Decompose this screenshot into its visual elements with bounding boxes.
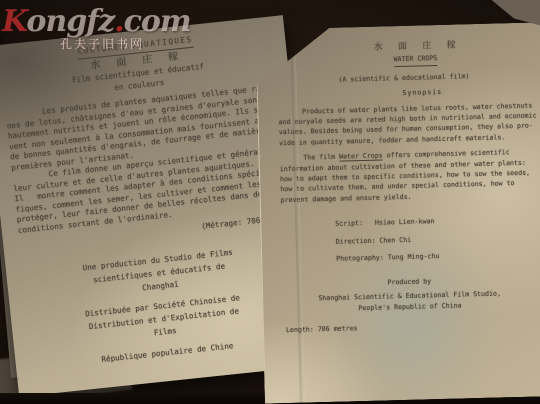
- script-label: Script:: [335, 215, 363, 233]
- english-paragraph-1: Products of water plants like lotus root…: [278, 100, 532, 148]
- producer-block: Shanghai Scientific & Educational Film S…: [283, 288, 536, 316]
- english-subtitle: (A scientific & educational film): [277, 69, 530, 86]
- script-value: Hsiao Lien-kwan: [363, 217, 435, 227]
- direction-label: Direction:: [336, 233, 376, 252]
- direction-value: Chen Chi: [375, 236, 411, 245]
- photography-label: Photography:: [336, 250, 384, 269]
- paragraph-2-rest: information about cultivation of these a…: [280, 157, 534, 205]
- credits-block: Script: Hsiao Lien-kwan Direction: Chen …: [335, 211, 535, 269]
- english-paragraph-2: The film Water Crops offers comprehensiv…: [279, 147, 533, 206]
- french-production-block: Une production du Studio de Filmsscienti…: [22, 239, 301, 352]
- english-synopsis-page: 水 面 庄 稼 WATER CROPS (A scientific & educ…: [255, 22, 540, 403]
- logo-k: K: [2, 4, 26, 39]
- para2-intro: The film: [279, 153, 339, 163]
- film-name-underlined: Water Crops: [339, 152, 383, 162]
- synopsis-label: Synopsis: [296, 84, 540, 101]
- photography-value: Tung Ming-chu: [384, 252, 440, 261]
- french-body-text: Les produits de plantes aquatiques telle…: [5, 82, 289, 236]
- film-length-line: Length: 706 metres: [286, 319, 537, 336]
- english-page-header: 水 面 庄 稼 WATER CROPS (A scientific & educ…: [277, 39, 531, 102]
- english-title-text: WATER CROPS: [394, 53, 438, 67]
- photo-of-documents: CULTURES AQUATIQUES 水 面 庄 稼 Film scienti…: [0, 0, 540, 404]
